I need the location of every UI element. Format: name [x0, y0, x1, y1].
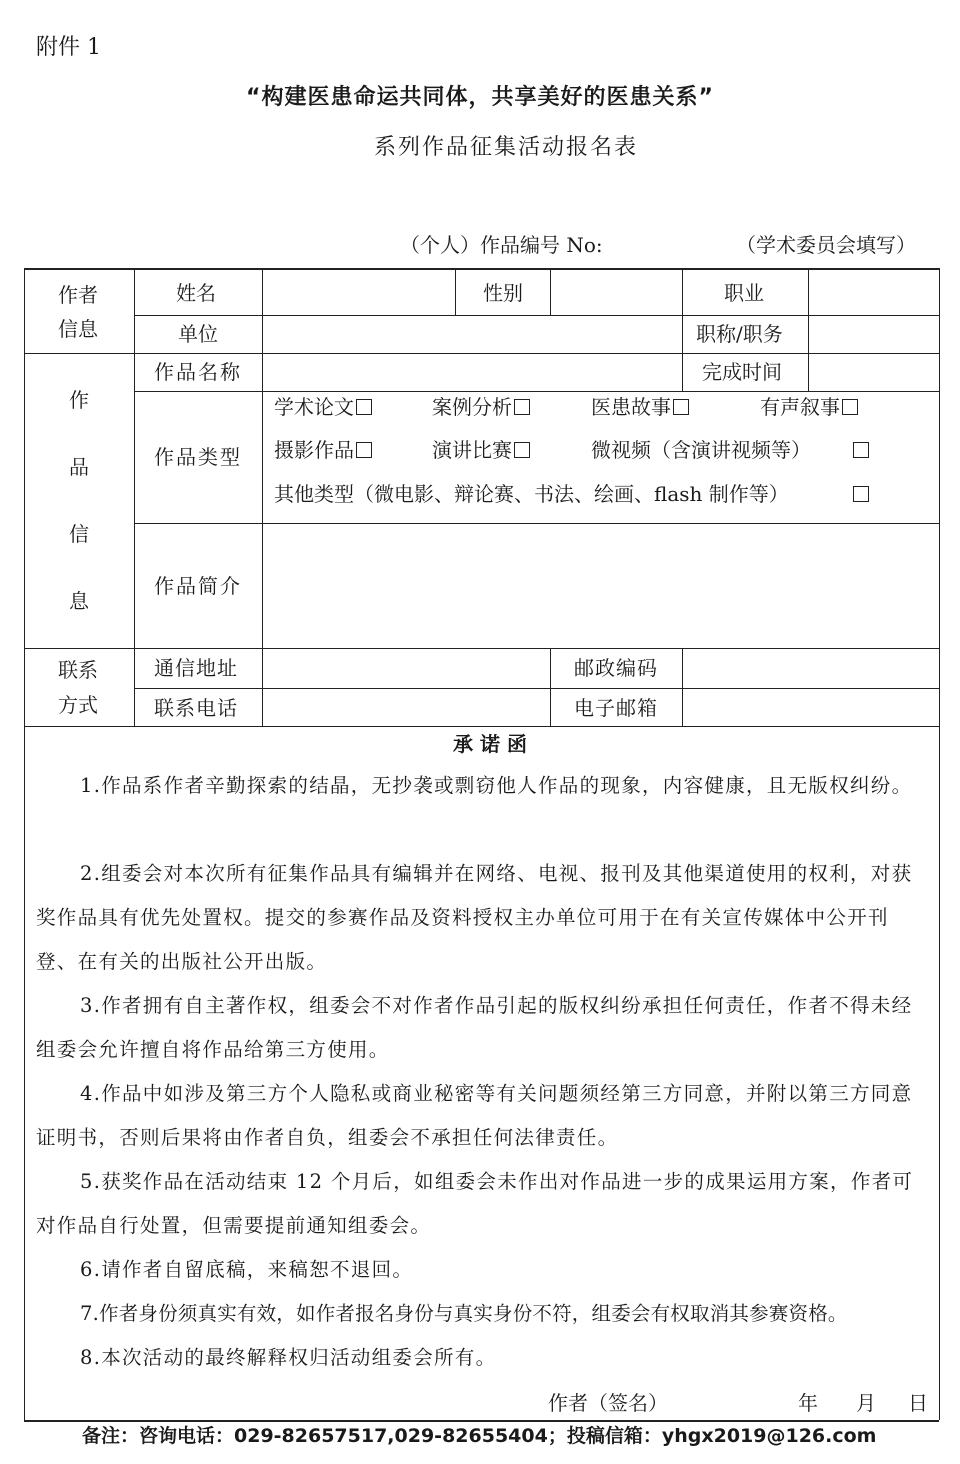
occupation-label: 职业 — [724, 281, 764, 305]
phone-label: 联系电话 — [154, 696, 238, 720]
author-info-section-label-2: 信息 — [58, 317, 98, 341]
unit-field[interactable] — [264, 317, 680, 352]
date-day-label: 日 — [908, 1391, 928, 1415]
work-type-option[interactable]: 微视频（含演讲视频等） — [591, 438, 811, 462]
contact-section-label: 联系 — [58, 658, 98, 682]
pledge-item-1: 1.作品系作者辛勤探索的结晶，无抄袭或剽窃他人作品的现象，内容健康，且无版权纠纷… — [36, 764, 929, 808]
phone-field[interactable] — [264, 690, 548, 725]
email-label: 电子邮箱 — [574, 696, 658, 720]
title-field[interactable] — [810, 317, 938, 352]
work-type-option[interactable]: 案例分析 — [432, 395, 530, 419]
title-label: 职称/职务 — [696, 322, 783, 346]
footer-note: 备注：咨询电话：029-82657517,029-82655404；投稿信箱：y… — [82, 1424, 876, 1448]
work-type-option[interactable]: 学术论文 — [274, 395, 372, 419]
pledge-title: 承 诺 函 — [0, 732, 960, 756]
date-month-label: 月 — [856, 1391, 876, 1415]
contact-section-label-2: 方式 — [58, 693, 98, 717]
work-info-section-char-1: 作 — [69, 388, 89, 412]
address-field[interactable] — [264, 650, 548, 687]
attachment-label: 附件 1 — [36, 36, 101, 60]
completion-time-label: 完成时间 — [702, 360, 782, 384]
name-field[interactable] — [264, 270, 453, 314]
gender-field[interactable] — [552, 270, 680, 314]
work-type-option[interactable]: 医患故事 — [591, 395, 689, 419]
occupation-field[interactable] — [810, 270, 938, 314]
postcode-label: 邮政编码 — [574, 656, 658, 680]
work-type-option[interactable]: 摄影作品 — [274, 438, 372, 462]
work-intro-field[interactable] — [265, 526, 939, 648]
pledge-item-2: 2.组委会对本次所有征集作品具有编辑并在网络、电视、报刊及其他渠道使用的权利，对… — [36, 852, 929, 984]
work-number-note: （学术委员会填写） — [736, 233, 916, 257]
pledge-item-5: 5.获奖作品在活动结束 12 个月后，如组委会未作出对作品进一步的成果运用方案，… — [36, 1160, 929, 1248]
checkbox[interactable] — [514, 442, 530, 458]
pledge-item-7: 7.作者身份须真实有效，如作者报名身份与真实身份不符，组委会有权取消其参赛资格。 — [36, 1292, 929, 1336]
checkbox[interactable] — [356, 399, 372, 415]
pledge-item-4: 4.作品中如涉及第三方个人隐私或商业秘密等有关问题须经第三方同意，并附以第三方同… — [36, 1072, 929, 1160]
work-type-label: 作品类型 — [154, 445, 242, 469]
work-type-option[interactable]: 有声叙事 — [760, 395, 858, 419]
email-field[interactable] — [684, 690, 938, 725]
work-type-option[interactable]: 演讲比赛 — [432, 438, 530, 462]
signature-label: 作者（签名） — [548, 1391, 668, 1415]
work-info-section-char-3: 信 — [69, 522, 89, 546]
work-info-section-char-2: 品 — [69, 455, 89, 479]
name-label: 姓名 — [176, 281, 216, 305]
page-subtitle: 系列作品征集活动报名表 — [0, 136, 960, 160]
work-name-field[interactable] — [264, 355, 680, 390]
checkbox[interactable] — [853, 442, 869, 458]
address-label: 通信地址 — [154, 656, 238, 680]
completion-time-field[interactable] — [810, 355, 938, 390]
postcode-field[interactable] — [684, 650, 938, 687]
author-info-section-label: 作者 — [58, 283, 98, 307]
checkbox[interactable] — [356, 442, 372, 458]
work-number-field[interactable] — [620, 230, 720, 258]
date-year-label: 年 — [798, 1391, 818, 1415]
checkbox[interactable] — [514, 399, 530, 415]
work-name-label: 作品名称 — [154, 360, 242, 384]
gender-label: 性别 — [483, 281, 523, 305]
pledge-item-8: 8.本次活动的最终解释权归活动组委会所有。 — [36, 1336, 929, 1380]
page-title: “构建医患命运共同体，共享美好的医患关系” — [0, 86, 960, 110]
checkbox[interactable] — [853, 486, 869, 502]
work-intro-label: 作品简介 — [154, 574, 242, 598]
work-type-option[interactable]: 其他类型（微电影、辩论赛、书法、绘画、flash 制作等） — [274, 482, 789, 506]
pledge-item-3: 3.作者拥有自主著作权，组委会不对作者作品引起的版权纠纷承担任何责任，作者不得未… — [36, 984, 929, 1072]
work-info-section-char-4: 息 — [69, 589, 89, 613]
work-number-label: （个人）作品编号 No: — [400, 233, 603, 257]
unit-label: 单位 — [178, 322, 218, 346]
checkbox[interactable] — [842, 399, 858, 415]
signature-field[interactable] — [680, 1386, 790, 1416]
checkbox[interactable] — [673, 399, 689, 415]
pledge-item-6: 6.请作者自留底稿，来稿恕不退回。 — [36, 1248, 929, 1292]
